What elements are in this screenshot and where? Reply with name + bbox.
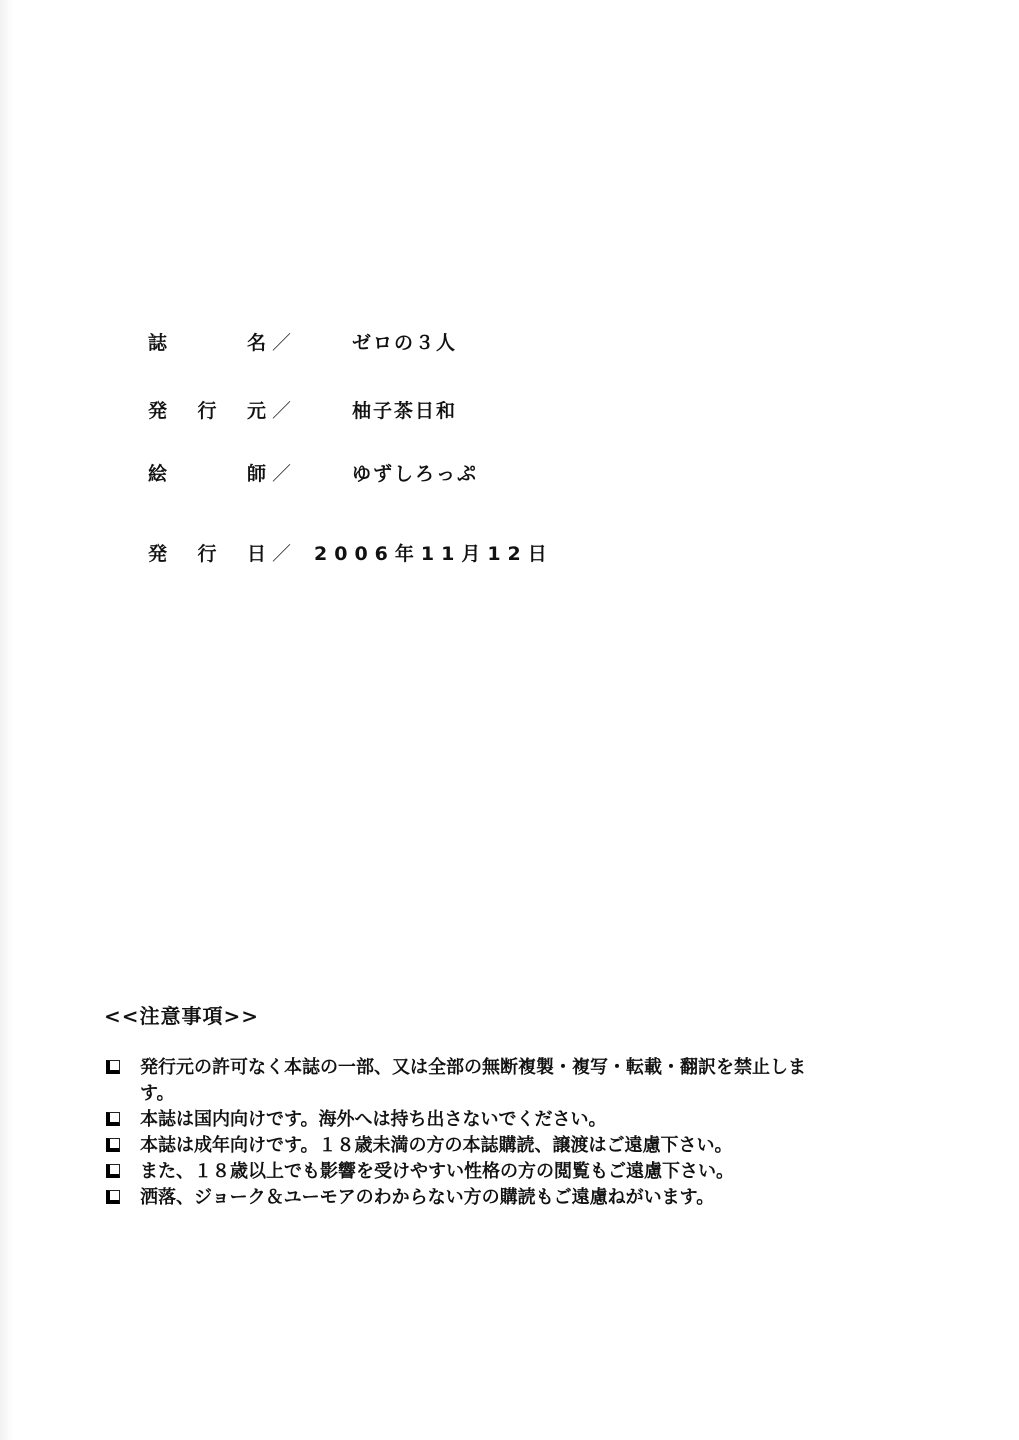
note-text: また、１８歳以上でも影響を受けやすい性格の方の閲覧もご遠慮下さい。 — [140, 1161, 734, 1182]
note-item: また、１８歳以上でも影響を受けやすい性格の方の閲覧もご遠慮下さい。 — [104, 1159, 824, 1185]
label-char: 行 — [197, 396, 216, 423]
separator: ／ — [272, 396, 291, 423]
colophon-value-artist: ゆずしろっぷ — [352, 459, 478, 486]
colophon-label: 発 行 元 — [148, 396, 266, 423]
label-char: 発 — [148, 396, 167, 423]
note-text: 本誌は成年向けです。１８歳未満の方の本誌購読、譲渡はご遠慮下さい。 — [140, 1135, 733, 1156]
colophon-label: 誌 名 — [148, 328, 266, 355]
note-item: 洒落、ジョーク＆ユーモアのわからない方の購読もご遠慮ねがいます。 — [104, 1185, 824, 1211]
checkbox-icon — [106, 1112, 120, 1126]
label-char: 誌 — [148, 328, 167, 355]
note-item: 本誌は国内向けです。海外へは持ち出さないでください。 — [104, 1107, 824, 1133]
colophon-value-date: 2006年11月12日 — [314, 539, 554, 566]
checkbox-icon — [106, 1060, 120, 1074]
label-char: 名 — [247, 328, 266, 355]
separator: ／ — [272, 459, 291, 486]
notes-heading: <<注意事項>> — [104, 1000, 824, 1029]
checkbox-icon — [106, 1138, 120, 1152]
note-item: 発行元の許可なく本誌の一部、又は全部の無断複製・複写・転載・翻訳を禁止します。 — [104, 1055, 824, 1107]
label-char: 行 — [197, 539, 216, 566]
label-char: 発 — [148, 539, 167, 566]
label-char: 日 — [247, 539, 266, 566]
label-char: 絵 — [148, 459, 167, 486]
label-char: 元 — [247, 396, 266, 423]
colophon-value-title: ゼロの３人 — [352, 328, 457, 355]
colophon-label: 絵 師 — [148, 459, 266, 486]
colophon-value-publisher: 柚子茶日和 — [352, 396, 457, 423]
colophon-label: 発 行 日 — [148, 539, 266, 566]
note-item: 本誌は成年向けです。１８歳未満の方の本誌購読、譲渡はご遠慮下さい。 — [104, 1133, 824, 1159]
note-text: 本誌は国内向けです。海外へは持ち出さないでください。 — [140, 1109, 607, 1130]
note-text: 発行元の許可なく本誌の一部、又は全部の無断複製・複写・転載・翻訳を禁止します。 — [140, 1057, 806, 1104]
separator: ／ — [272, 328, 291, 355]
separator: ／ — [272, 539, 291, 566]
checkbox-icon — [106, 1190, 120, 1204]
checkbox-icon — [106, 1164, 120, 1178]
note-text: 洒落、ジョーク＆ユーモアのわからない方の購読もご遠慮ねがいます。 — [140, 1187, 714, 1208]
notes-section: <<注意事項>> 発行元の許可なく本誌の一部、又は全部の無断複製・複写・転載・翻… — [104, 1000, 824, 1211]
label-char: 師 — [247, 459, 266, 486]
scan-edge-shadow — [0, 0, 14, 1440]
